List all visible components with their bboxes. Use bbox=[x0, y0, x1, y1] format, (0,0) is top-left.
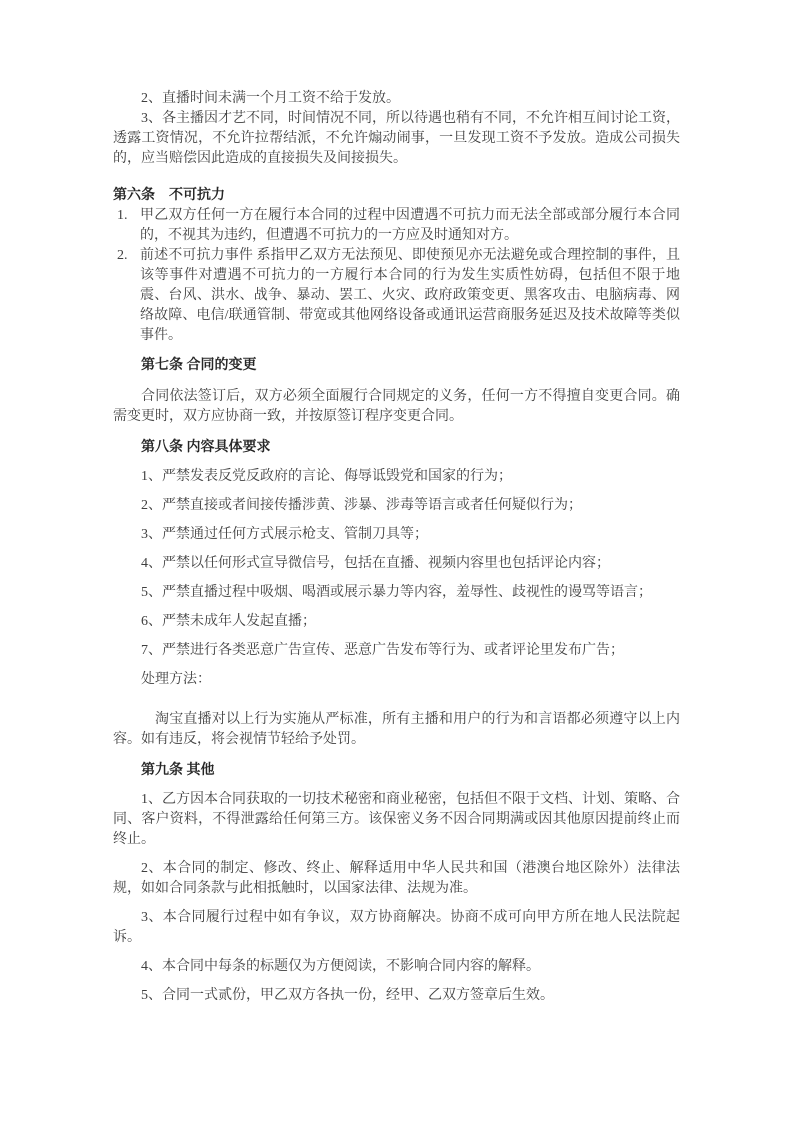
handling-method-label: 处理方法： bbox=[113, 670, 680, 690]
intro-paragraph-3: 3、各主播因才艺不同，时间情况不同，所以待遇也稍有不同，不允许相互间讨论工资，透… bbox=[113, 109, 680, 169]
article-9-item: 4、本合同中每条的标题仅为方便阅读，不影响合同内容的解释。 bbox=[113, 957, 680, 977]
article-8-item: 4、严禁以任何形式宣导微信号，包括在直播、视频内容里也包括评论内容； bbox=[113, 554, 680, 574]
document-page: 2、直播时间未满一个月工资不给于发放。 3、各主播因才艺不同，时间情况不同，所以… bbox=[0, 0, 793, 1122]
article-7-heading: 第七条 合同的变更 bbox=[113, 356, 680, 376]
article-9-item: 2、本合同的制定、修改、终止、解释适用中华人民共和国（港澳台地区除外）法律法规，… bbox=[113, 859, 680, 899]
handling-method-text: 淘宝直播对以上行为实施从严标准，所有主播和用户的行为和言语都必须遵守以上内容。如… bbox=[113, 710, 680, 750]
intro-paragraph-2: 2、直播时间未满一个月工资不给于发放。 bbox=[113, 89, 680, 109]
article-6-heading: 第六条 不可抗力 bbox=[113, 186, 680, 206]
article-8-heading: 第八条 内容具体要求 bbox=[113, 438, 680, 458]
article-8-item: 2、严禁直接或者间接传播涉黄、涉暴、涉毒等语言或者任何疑似行为； bbox=[113, 496, 680, 516]
article-9-item: 5、合同一式贰份，甲乙双方各执一份，经甲、乙双方签章后生效。 bbox=[113, 986, 680, 1006]
article-9-item: 1、乙方因本合同获取的一切技术秘密和商业秘密，包括但不限于文档、计划、策略、合同… bbox=[113, 790, 680, 850]
article-9-item: 3、本合同履行过程中如有争议，双方协商解决。协商不成可向甲方所在地人民法院起诉。 bbox=[113, 908, 680, 948]
article-8-item: 6、严禁未成年人发起直播； bbox=[113, 612, 680, 632]
article-9-heading: 第九条 其他 bbox=[113, 761, 680, 781]
article-8-item: 7、严禁进行各类恶意广告宣传、恶意广告发布等行为、或者评论里发布广告； bbox=[113, 641, 680, 661]
list-item-number: 1. bbox=[113, 206, 140, 226]
list-item-number: 2. bbox=[113, 246, 140, 266]
article-8-item: 5、严禁直播过程中吸烟、喝酒或展示暴力等内容，羞辱性、歧视性的谩骂等语言； bbox=[113, 583, 680, 603]
article-8-item: 1、严禁发表反党反政府的言论、侮辱诋毁党和国家的行为； bbox=[113, 467, 680, 487]
article-7-paragraph: 合同依法签订后，双方必须全面履行合同规定的义务，任何一方不得擅自变更合同。确需变… bbox=[113, 387, 680, 427]
list-item-text: 甲乙双方任何一方在履行本合同的过程中因遭遇不可抗力而无法全部或部分履行本合同的，… bbox=[140, 206, 680, 246]
article-6-list: 1. 甲乙双方任何一方在履行本合同的过程中因遭遇不可抗力而无法全部或部分履行本合… bbox=[113, 206, 680, 346]
article-8-item: 3、严禁通过任何方式展示枪支、管制刀具等； bbox=[113, 525, 680, 545]
list-item-text: 前述不可抗力事件 系指甲乙双方无法预见、即使预见亦无法避免或合理控制的事件，且该… bbox=[140, 246, 680, 346]
list-item: 1. 甲乙双方任何一方在履行本合同的过程中因遭遇不可抗力而无法全部或部分履行本合… bbox=[113, 206, 680, 246]
list-item: 2. 前述不可抗力事件 系指甲乙双方无法预见、即使预见亦无法避免或合理控制的事件… bbox=[113, 246, 680, 346]
